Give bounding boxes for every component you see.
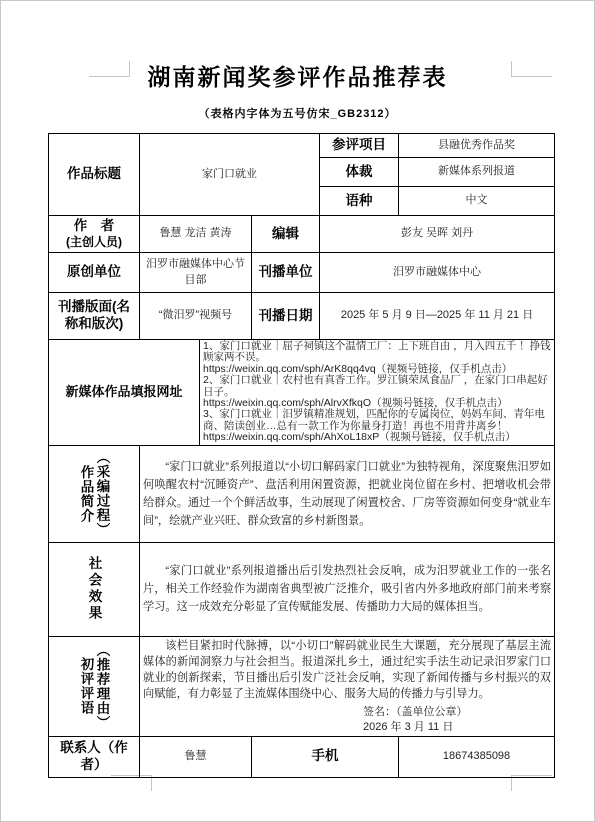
original-unit-value: 汨罗市融媒体中心节目部 [140, 253, 252, 293]
author-sublabel: (主创人员) [52, 235, 136, 250]
row-work-intro: 作品简介 （采编过程） “家门口就业”系列报道以“小切口解码家门口就业”为独特视… [49, 445, 555, 542]
work-intro-label-paren: （采编过程） [95, 450, 110, 537]
authors-value: 鲁慧 龙洁 黄涛 [140, 216, 252, 253]
original-unit-label: 原创单位 [49, 253, 140, 293]
author-label-cell: 作 者 (主创人员) [49, 216, 140, 253]
work-intro-label-cell: 作品简介 （采编过程） [49, 445, 140, 542]
row-social-effect: 社会效果 “家门口就业”系列报道播出后引发热烈社会反响，成为汨罗就业工作的一张名… [49, 542, 555, 636]
document-page: 湖南新闻奖参评作品推荐表 （表格内字体为五号仿宋_GB2312） 作品标题 家门… [0, 0, 595, 822]
url-line-6: https://weixin.qq.com/sph/AhXoL18xP（视频号链… [203, 432, 551, 443]
review-label-cell: 初评评语 （推荐理由） [49, 636, 140, 736]
row-original-unit: 原创单位 汨罗市融媒体中心节目部 刊播单位 汨罗市融媒体中心 [49, 253, 555, 293]
editors-value: 彭友 吴晖 刘丹 [320, 216, 555, 253]
signature-block: 签名：（盖单位公章） 2026 年 3 月 11 日 [363, 705, 535, 735]
contact-label-line2: 者） [52, 757, 136, 774]
page-title: 湖南新闻奖参评作品推荐表 [1, 59, 594, 92]
contact-label-cell: 联系人（作 者） [49, 736, 140, 777]
row-new-media-urls: 新媒体作品填报网址 1、家门口就业｜屈子祠镇这个温情工厂：上下班自由 ，月入四五… [49, 340, 555, 446]
publish-page-label-line2: 称和版次) [52, 316, 136, 333]
work-intro-text: “家门口就业”系列报道以“小切口解码家门口就业”为独特视角，深度聚焦汨罗如何唤醒… [143, 458, 551, 530]
author-label: 作 者 [52, 218, 136, 235]
language-label: 语种 [320, 187, 399, 216]
contact-name-value: 鲁慧 [140, 736, 252, 777]
editor-label: 编辑 [252, 216, 320, 253]
new-media-url-content: 1、家门口就业｜屈子祠镇这个温情工厂：上下班自由 ，月入四五千 ！挣钱顾家两不误… [200, 340, 555, 446]
work-title-label: 作品标题 [49, 134, 140, 216]
genre-value: 新媒体系列报道 [399, 158, 555, 187]
url-line-5: 3、家门口就业｜汨罗镇精准规划，匹配你的专属岗位，妈妈车间、青年电商、陪读创业…… [203, 409, 551, 432]
signature-date: 2026 年 3 月 11 日 [363, 720, 535, 735]
row-authors: 作 者 (主创人员) 鲁慧 龙洁 黄涛 编辑 彭友 吴晖 刘丹 [49, 216, 555, 253]
new-media-url-label: 新媒体作品填报网址 [49, 340, 200, 446]
row-publish-page: 刊播版面(名 称和版次) “微汨罗”视频号 刊播日期 2025 年 5 月 9 … [49, 293, 555, 340]
review-content-cell: 该栏目紧扣时代脉搏，以“小切口”解码就业民生大课题，充分展现了基层主流媒体的新闻… [140, 636, 555, 736]
publish-unit-label: 刊播单位 [252, 253, 320, 293]
social-effect-text: “家门口就业”系列报道播出后引发热烈社会反响，成为汨罗就业工作的一张名片，相关工… [143, 562, 551, 616]
mobile-number-value: 18674385098 [399, 736, 555, 777]
genre-label: 体裁 [320, 158, 399, 187]
row-review-comment: 初评评语 （推荐理由） 该栏目紧扣时代脉搏，以“小切口”解码就业民生大课题，充分… [49, 636, 555, 736]
work-title-value: 家门口就业 [140, 134, 320, 216]
url-line-3: 2、家门口就业｜农村也有真香工作。罗江镇荣凤食品厂 ，在家门口串起好日子。 [203, 375, 551, 398]
url-line-1: 1、家门口就业｜屈子祠镇这个温情工厂：上下班自由 ，月入四五千 ！挣钱顾家两不误… [203, 341, 551, 364]
review-label-paren: （推荐理由） [95, 643, 110, 730]
publish-page-label-line1: 刊播版面(名 [52, 299, 136, 316]
page-subtitle: （表格内字体为五号仿宋_GB2312） [1, 105, 594, 121]
social-effect-content-cell: “家门口就业”系列报道播出后引发热烈社会反响，成为汨罗就业工作的一张名片，相关工… [140, 542, 555, 636]
review-label-main: 初评评语 [79, 657, 94, 715]
entry-category-value: 县融优秀作品奖 [399, 134, 555, 158]
row-entry-category: 作品标题 家门口就业 参评项目 县融优秀作品奖 [49, 134, 555, 158]
mobile-label: 手机 [252, 736, 399, 777]
publish-page-value: “微汨罗”视频号 [140, 293, 252, 340]
contact-label-line1: 联系人（作 [52, 740, 136, 757]
social-effect-label-cell: 社会效果 [49, 542, 140, 636]
row-contact: 联系人（作 者） 鲁慧 手机 18674385098 [49, 736, 555, 777]
work-intro-content-cell: “家门口就业”系列报道以“小切口解码家门口就业”为独特视角，深度聚焦汨罗如何唤醒… [140, 445, 555, 542]
publish-page-label-cell: 刊播版面(名 称和版次) [49, 293, 140, 340]
work-intro-label-main: 作品简介 [79, 465, 94, 523]
publish-date-label: 刊播日期 [252, 293, 320, 340]
review-text: 该栏目紧扣时代脉搏，以“小切口”解码就业民生大课题，充分展现了基层主流媒体的新闻… [143, 638, 551, 702]
publish-date-value: 2025 年 5 月 9 日—2025 年 11 月 21 日 [320, 293, 555, 340]
social-effect-label: 社会效果 [87, 556, 102, 622]
language-value: 中文 [399, 187, 555, 216]
recommendation-form-table: 作品标题 家门口就业 参评项目 县融优秀作品奖 体裁 新媒体系列报道 语种 中文… [48, 133, 555, 778]
signature-line: 签名：（盖单位公章） [363, 705, 535, 720]
publish-unit-value: 汨罗市融媒体中心 [320, 253, 555, 293]
entry-category-label: 参评项目 [320, 134, 399, 158]
